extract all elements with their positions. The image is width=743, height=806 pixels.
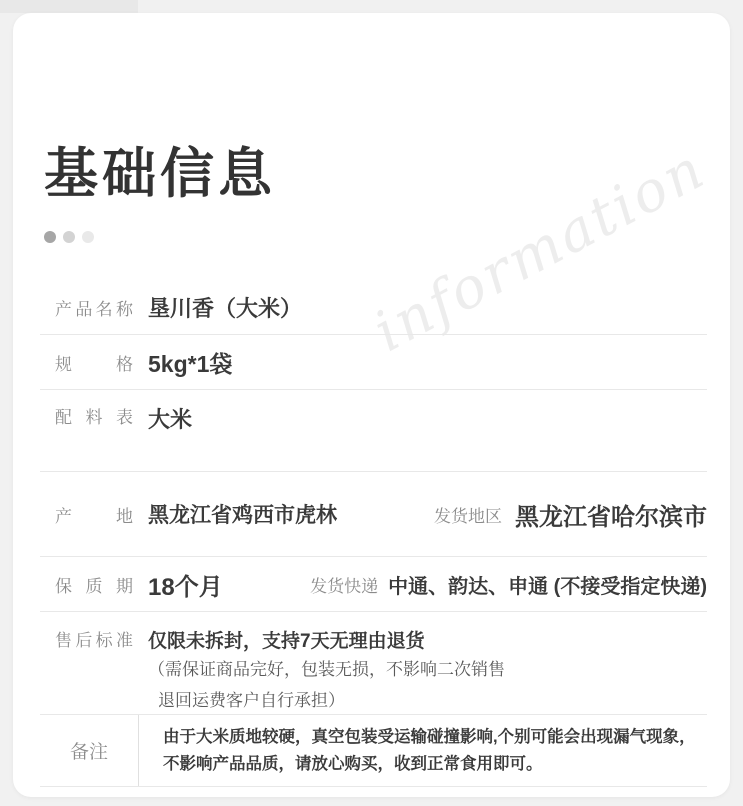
field-value-courier: 中通、韵达、申通 (不接受指定快递)	[388, 570, 707, 599]
dot-1	[44, 231, 56, 243]
field-value: 18个月	[148, 567, 223, 602]
table-row-product-name: 产品名称 垦川香（大米）	[40, 280, 707, 335]
after-sales-note-line1: （需保证商品完好，包装无损，不影响二次销售	[148, 656, 505, 684]
after-sales-content: 仅限未拆封，支持7天无理由退货 （需保证商品完好，包装无损，不影响二次销售 退回…	[148, 626, 505, 715]
table-row-remarks: 备注 由于大米质地较硬，真空包装受运输碰撞影响,个别可能会出现漏气现象， 不影响…	[40, 715, 707, 787]
field-value: 黑龙江省鸡西市虎林	[148, 499, 337, 529]
dot-2	[63, 231, 75, 243]
product-info-card: 基础信息 information 产品名称 垦川香（大米） 规格 5kg*1袋 …	[13, 13, 730, 797]
table-row-specification: 规格 5kg*1袋	[40, 335, 707, 390]
field-label: 产地	[55, 502, 133, 527]
title-decoration-dots	[44, 231, 94, 243]
table-row-after-sales: 售后标准 仅限未拆封，支持7天无理由退货 （需保证商品完好，包装无损，不影响二次…	[40, 612, 707, 715]
basic-info-table: 产品名称 垦川香（大米） 规格 5kg*1袋 配料表 大米 产地 黑龙江省鸡西市…	[40, 280, 707, 787]
page-background-patch	[0, 0, 138, 13]
field-label: 售后标准	[55, 626, 133, 651]
after-sales-note-line2: 退回运费客户自行承担）	[148, 687, 505, 715]
field-label-shipping-area: 发货地区	[434, 502, 502, 527]
field-value: 5kg*1袋	[148, 346, 232, 379]
table-row-origin: 产地 黑龙江省鸡西市虎林 发货地区 黑龙江省哈尔滨市	[40, 472, 707, 557]
field-label-courier: 发货快递	[310, 572, 378, 597]
field-label: 产品名称	[55, 295, 133, 320]
field-label: 备注	[40, 715, 138, 786]
page-title: 基础信息	[44, 131, 276, 208]
field-value: 大米	[148, 403, 192, 434]
remarks-line1: 由于大米质地较硬，真空包装受运输碰撞影响,个别可能会出现漏气现象，	[163, 724, 707, 751]
field-label: 规格	[55, 350, 133, 375]
field-value-shipping-area: 黑龙江省哈尔滨市	[515, 497, 707, 532]
remarks-line2: 不影响产品品质，请放心购买，收到正常食用即可。	[163, 751, 707, 778]
table-row-ingredients: 配料表 大米	[40, 390, 707, 472]
remarks-content: 由于大米质地较硬，真空包装受运输碰撞影响,个别可能会出现漏气现象， 不影响产品品…	[138, 715, 707, 786]
field-label: 配料表	[55, 403, 133, 428]
table-row-shelf-life: 保质期 18个月 发货快递 中通、韵达、申通 (不接受指定快递)	[40, 557, 707, 612]
dot-3	[82, 231, 94, 243]
field-value: 仅限未拆封，支持7天无理由退货	[148, 626, 505, 653]
field-value: 垦川香（大米）	[148, 292, 302, 323]
field-label: 保质期	[55, 572, 133, 597]
